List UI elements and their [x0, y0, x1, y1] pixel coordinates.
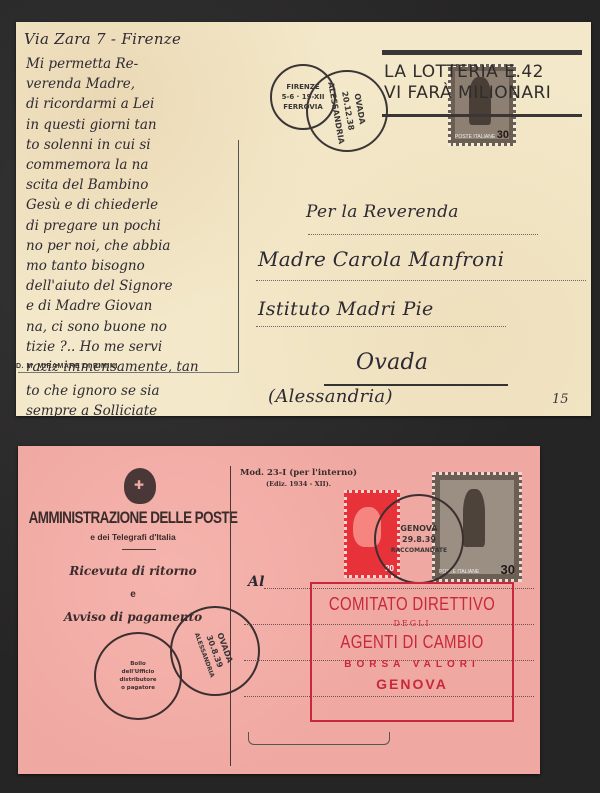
postmark-ovada: OVADA 30.8.39 ALESSANDRIA: [170, 606, 260, 696]
message-line: verenda Madre,: [26, 74, 236, 94]
message-line: Gesù e di chiederle: [26, 195, 236, 215]
caption-rule: [18, 372, 239, 373]
form-title-1: Ricevuta di ritorno: [28, 564, 238, 578]
issuer-title: AMMINISTRAZIONE DELLE POSTE: [28, 509, 238, 527]
postcard-front: Via Zara 7 - Firenze Mi permetta Re-vere…: [16, 22, 591, 416]
message-line: na, ci sono buone no: [26, 317, 236, 337]
message-line: di ricordarmi a Lei: [26, 94, 236, 114]
message-line: to solenni in cui si: [26, 135, 236, 155]
postal-code-bracket: [248, 732, 390, 745]
message-line: commemora la na: [26, 155, 236, 175]
address-city: Ovada: [356, 350, 428, 375]
message-line: to che ignoro se sia: [26, 381, 236, 401]
message-line: scita del Bambino: [26, 175, 236, 195]
edition: (Ediz. 1934 - XII).: [266, 480, 331, 488]
postmark-ovada: OVADA 20.12.38 ALESSANDRIA: [306, 70, 388, 152]
lot-number: 15: [552, 392, 569, 407]
message-line: dell'aiuto del Signore: [26, 276, 236, 296]
form-conjunction: e: [28, 589, 238, 600]
message-line: sempre a Solliciate: [26, 401, 236, 421]
red-cachet-comitato: COMITATO DIRETTIVO DEGLI AGENTI DI CAMBI…: [310, 582, 514, 722]
address-province: (Alessandria): [268, 386, 393, 407]
return-receipt-card: ✚ AMMINISTRAZIONE DELLE POSTE e dei Tele…: [18, 446, 540, 774]
message-line: no per noi, che abbia: [26, 236, 236, 256]
cancel-bar-bottom: [382, 114, 582, 117]
title-rule: [122, 549, 156, 550]
message-line: in questi giorni tan: [26, 115, 236, 135]
slogan-cancel: LA LOTTERIA E.42 VI FARÀ MILIONARI: [384, 62, 551, 104]
model-number: Mod. 23-I (per l'interno): [240, 468, 357, 478]
issuer-subtitle: e dei Telegrafi d'Italia: [28, 532, 238, 542]
addressee-label: Al: [248, 574, 265, 590]
message-line: Mi permetta Re-: [26, 54, 236, 74]
message-line: di pregare un pochi: [26, 216, 236, 236]
postmark-genova: GENOVA 29.8.39 RACCOMANDATE: [374, 494, 464, 584]
office-stamp-circle: Bollo dell'Ufficio distributore o pagato…: [94, 632, 182, 720]
return-address: Via Zara 7 - Firenze: [24, 30, 181, 48]
message-line: e di Madre Giovan: [26, 296, 236, 316]
address-line-2: Madre Carola Manfroni: [258, 247, 504, 271]
publisher-caption: D. M. MIRAMARE DI RIMINI: [16, 363, 118, 370]
message-line: mo tanto bisogno: [26, 256, 236, 276]
coat-of-arms-icon: ✚: [124, 468, 156, 504]
card-divider: [238, 140, 239, 372]
address-line-3: Istituto Madri Pie: [258, 298, 434, 320]
address-line-1: Per la Reverenda: [306, 202, 459, 222]
message-line: tizie ?.. Ho me servi: [26, 337, 236, 357]
cancel-bar-top: [382, 50, 582, 55]
